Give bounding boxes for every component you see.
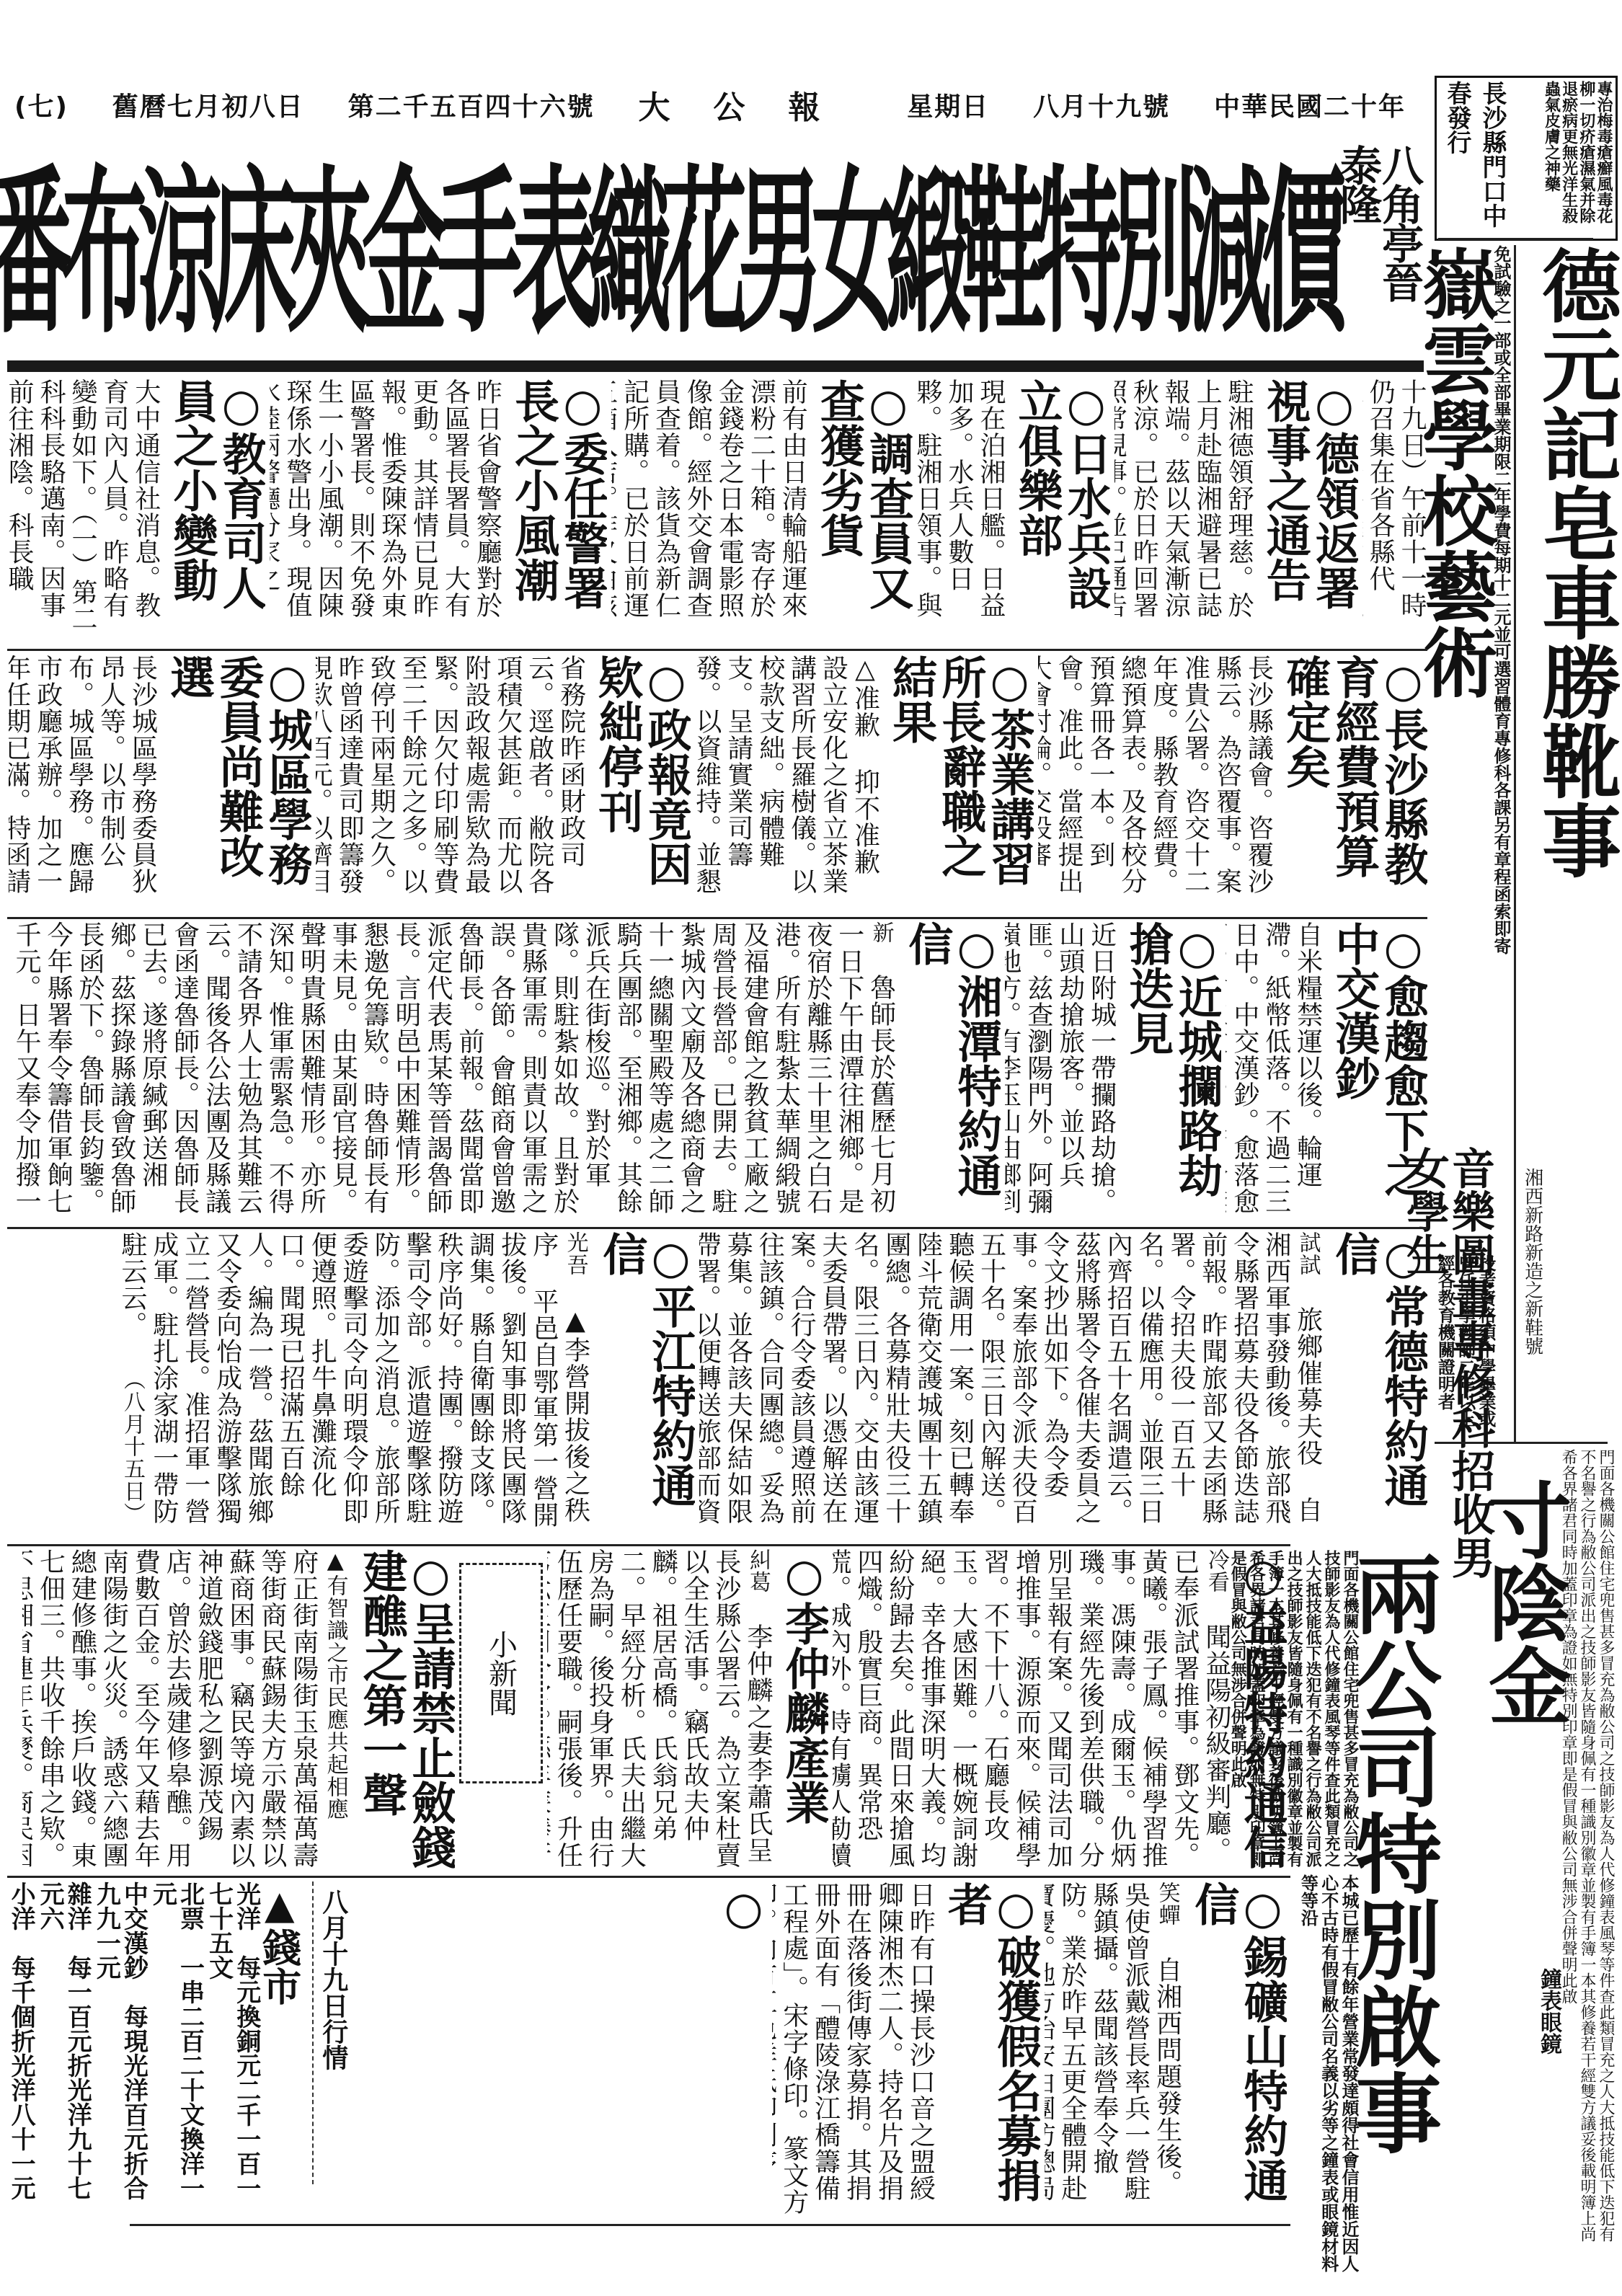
article-byline: 冷看 bbox=[1204, 1548, 1229, 1593]
article-headline: 委任警署長之小風潮 bbox=[508, 378, 606, 642]
article-body: △准歉 抑不准歉 設立安化之省立茶業講習所長羅樹儀。以校款支絀。病體難支。呈請實… bbox=[695, 655, 879, 895]
article-headline: 茶業講習所長辭職之結果 bbox=[886, 655, 1034, 910]
article-headline bbox=[719, 1881, 768, 1934]
article-yiyang: 益陽特約通信 冷看 聞益陽初級審判廳。已奉派試署推事。鄧文先。黃曦。張子鳳。候補… bbox=[833, 1548, 1287, 1869]
article-byline: 試試 bbox=[1295, 1231, 1321, 1276]
article-gazette-suspended: 政報竟因欵絀停刊 省務院昨函財政司云。逕啟者。敝院各項積欠甚鉅。而尤以附設政報處… bbox=[316, 655, 691, 910]
row-divider-4 bbox=[7, 1544, 1290, 1546]
article-body: 省務院昨函財政司云。逕啟者。敝院各項積欠甚鉅。而尤以附設政報處需欵為最緊。因欠付… bbox=[316, 655, 586, 895]
row-2: 長沙縣教育經費預算確定矣 長沙縣議會。咨覆沙縣云。為咨覆事。案准貴公署。咨交十二… bbox=[7, 655, 1427, 914]
article-source: （八月十五日） bbox=[120, 1368, 145, 1525]
article-body: ▲李營開拔後之秩序 平邑自鄂軍第一營開拔後。劉知事即將民團隊調集。縣自衛團餘支隊… bbox=[118, 1231, 590, 1528]
article-education-dept: 教育司人員之小變動 大中通信社消息。教育司內人員。昨略有變動如下。（一）第二科科… bbox=[7, 378, 265, 642]
gold-ad-body: 門面各機關公館住宅兜售甚多冒充為敝公司之技師影友為人代修鐘表風琴等件查此類冒充之… bbox=[1564, 1449, 1615, 2242]
article-fake-donation bbox=[360, 1881, 768, 2217]
banner-shop-name: 八角亭晉泰隆 bbox=[1337, 144, 1420, 332]
article-headline: 湘潭特約通信 bbox=[903, 921, 1001, 1220]
article-changde: 常德特約通信 試試 旅鄉催募夫役 自湘西軍事發動後。旅部飛令縣署招募夫役各節迭誌… bbox=[699, 1231, 1427, 1538]
article-byline: 笑蟬 bbox=[1155, 1881, 1180, 1926]
article-headline: 近城攔路劫搶迭見 bbox=[1123, 921, 1221, 1220]
notice-ad-sidebar: 門面各機關公館住宅兜售甚多冒充為敝公司之技師影友為人代修鐘表風琴等件查此類冒充之… bbox=[1290, 1550, 1359, 1867]
market-row-2: 中交漢鈔 每現光洋百元折合九九一元 bbox=[92, 1881, 147, 2213]
article-german-consul: 德領返署視事之通告 駐湘德領舒理慈。於上月赴臨湘避暑已誌報端。茲以天氣漸涼秋涼。… bbox=[1114, 378, 1358, 642]
right-divider-2 bbox=[1435, 1442, 1608, 1444]
bottom-rule bbox=[130, 2224, 1290, 2226]
article-body: 大中通信社消息。教育司內人員。昨略有變動如下。（一）第二科科長駱邁南。因事前往湘… bbox=[7, 378, 161, 632]
article-body: 聞益陽初級審判廳。已奉派試署推事。鄧文先。黃曦。張子鳳。候補學習推事。馮陳壽。成… bbox=[833, 1548, 1231, 1869]
article-body: 十九日）午前十一時仍召集在省各縣代表。開一協議會。以討論此事云。（三餘） bbox=[1362, 378, 1427, 632]
row-divider-1 bbox=[7, 649, 1427, 651]
article-byline: 光吾 bbox=[563, 1231, 588, 1276]
gold-ad-title: 寸陰金 bbox=[1481, 1478, 1564, 1982]
article-body: 自湘西問題發生後。吳使曾派戴營長率兵一營駐縣鎮攝。茲聞該營奉令撤防。業於昨早五更… bbox=[1045, 1881, 1182, 2202]
school-ad-subtitle: 免試驗之一部或全部畢業期限二年學費每期十二元並可選習體育專修科各課另有章程函索即… bbox=[1489, 245, 1514, 1146]
article-japanese-navy-club: 日水兵設立俱樂部 現在泊湘日艦。日益加多。水兵人數日夥。駐湘日領事。與各艦長。會… bbox=[917, 378, 1111, 642]
shoe-ad-title: 德元記皂車勝靴事 bbox=[1535, 245, 1615, 1326]
article-headline: 錫礦山特約通信 bbox=[1189, 1881, 1287, 2217]
school-ad-title: 嶽雲學校藝術 bbox=[1417, 245, 1492, 1132]
shoe-ad-note: 湘西新路新造之新鞋號 bbox=[1521, 1168, 1543, 1427]
row-6: 錫礦山特約通信 笑蟬 自湘西問題發生後。吳使曾派戴營長率兵一營駐縣鎮攝。茲聞該營… bbox=[7, 1881, 1287, 2220]
row-1: 十九日）午前十一時仍召集在省各縣代表。開一協議會。以討論此事云。（三餘） 德領返… bbox=[7, 378, 1427, 645]
article-headline: 長沙縣教育經費預算確定矣 bbox=[1280, 655, 1427, 910]
article-byline: 新 bbox=[869, 921, 894, 944]
article-education-budget: 長沙縣教育經費預算確定矣 長沙縣議會。咨覆沙縣云。為咨覆事。案准貴公署。咨交十二… bbox=[1038, 655, 1427, 910]
article-tea-school: 茶業講習所長辭職之結果 △准歉 抑不准歉 設立安化之省立茶業講習所長羅樹儀。以校… bbox=[695, 655, 1034, 910]
gold-ad: 寸陰金 鐘表眼鏡 門面各機關公館住宅兜售甚多冒充為敝公司之技師影友為人代修鐘表風… bbox=[1435, 1449, 1615, 2285]
article-headline: 平江特約通信 bbox=[597, 1231, 695, 1538]
article-body: 近日附城一帶攔路劫搶。山頭劫搶旅客。並以兵匪。兹查瀏陽門外。阿彌嶺地方。有李玉山… bbox=[1005, 921, 1117, 1215]
top-right-medicine-ad: 專治梅毒瘡癬風毒花柳一切疥瘡濕氣并除退瘀病更無光洋生殺蟲氣皮膚之神藥 長沙縣門口… bbox=[1435, 76, 1618, 241]
article-headline: 愈趨愈下之中交漢鈔 bbox=[1329, 921, 1427, 1220]
article-xikuangshan: 錫礦山特約通信 笑蟬 自湘西問題發生後。吳使曾派戴營長率兵一營駐縣鎮攝。茲聞該營… bbox=[1045, 1881, 1287, 2217]
medicine-ad-seller: 長沙縣門口中春發行 bbox=[1440, 81, 1510, 229]
article-headline: 破獲假名募捐者 bbox=[941, 1881, 1040, 2217]
article-byline: ▲有智識之市民應共起相應 bbox=[323, 1548, 348, 1820]
article-headline: 政報竟因欵絀停刊 bbox=[593, 655, 691, 910]
article-school-committee: 城區學務委員尚難改選 長沙城區學務委員狄昂人等。以市制公布。城區學務。應歸市政廳… bbox=[9, 655, 311, 910]
small-news-box: 小新聞 bbox=[459, 1563, 543, 1783]
article-body: 長沙城區學務委員狄昂人等。以市制公布。城區學務。應歸市政廳承辦。加之一年任期已滿… bbox=[9, 655, 157, 895]
banner-ad: 八角亭晉泰隆 洋貨鞋帽莊新到番布涼床夾金手表織花男女緞鞋特別減價 電話八百零六 bbox=[7, 130, 1420, 346]
right-divider bbox=[1438, 238, 1593, 240]
article-body: 魯師長於舊歷七月初一日下午由潭往湘鄉。是夜宿於離縣三十里之白石港。所有駐紮太華綢… bbox=[13, 921, 896, 1215]
article-headline: 調查員又查獲劣貨 bbox=[814, 378, 912, 642]
market-title: ▲錢市 bbox=[265, 1881, 308, 2217]
shoe-ad: 德元記皂車勝靴事 bbox=[1528, 245, 1615, 1326]
row-divider-3 bbox=[7, 1227, 1427, 1229]
article-pingjiang: 平江特約通信 光吾 ▲李營開拔後之秩序 平邑自鄂軍第一營開拔後。劉知事即將民團隊… bbox=[17, 1231, 695, 1538]
article-body: 李仲麟之妻李蕭氏呈長沙縣公署云。為立案杜賣以全生活事。竊氏故夫仲麟。祖居高橋。氏… bbox=[547, 1548, 773, 1869]
article-headline: 城區學務委員尚難改選 bbox=[164, 655, 311, 910]
article-provincial-council: 十九日）午前十一時仍召集在省各縣代表。開一協議會。以討論此事云。（三餘） bbox=[1362, 378, 1427, 642]
row-divider-2 bbox=[7, 917, 1427, 919]
banner-goods: 洋貨鞋帽莊新到番布涼床夾金手表織花男女緞鞋特別減價 bbox=[0, 110, 1337, 367]
right-column-divider bbox=[1514, 245, 1516, 1442]
market-row-4: 小洋 每千個折光洋八十一元 bbox=[7, 1881, 35, 2213]
article-headline: 教育司人員之小變動 bbox=[167, 378, 265, 642]
article-headline: 李仲麟產業 bbox=[779, 1548, 828, 1825]
article-headline: 常德特約通信 bbox=[1329, 1231, 1427, 1538]
article-inspector-goods: 調查員又查獲劣貨 前有由日清輪船運來漂粉二十箱。寄存於金錢卷之日本電影照像館。經… bbox=[611, 378, 913, 642]
article-body: 旅鄉催募夫役 自湘西軍事發動後。旅部飛令縣署招募夫役各節迭誌前報。昨聞旅部又去函… bbox=[699, 1231, 1323, 1525]
notice-ad-body: 本城已歷十有餘年營業常發達頗得社會信用惟近因人心不古時有假冒敝公司名義以劣等之鐘… bbox=[1290, 1874, 1359, 2278]
article-body: 前有由日清輪船運來漂粉二十箱。寄存於金錢卷之日本電影照像館。經外交會調查員查着。… bbox=[611, 378, 807, 619]
article-body: 長沙縣議會。咨覆沙縣云。為咨覆事。案准貴公署。咨交十二年度。縣教育經費。總預算表… bbox=[1038, 655, 1273, 895]
market-date-label: 八月十九日行情 bbox=[312, 1881, 355, 2184]
article-body: 現在泊湘日艦。日益加多。水兵人數日夥。駐湘日領事。與各艦長。會同商在日領署內。設… bbox=[917, 378, 1006, 619]
article-body: 日昨有口操長沙口音之盟綬卿陳湘杰二人。持名片及捐冊在落後街傳家募捐。其捐冊外面有… bbox=[772, 1881, 935, 2215]
row-3: 愈趨愈下之中交漢鈔 自米糧禁運以後。輪運滯。紙幣低落。不過二三日中。中交漢鈔。愈… bbox=[7, 921, 1427, 1224]
market-row-3: 雜洋 每一百元折光洋九十七元六 bbox=[36, 1881, 91, 2213]
article-headline: 呈請禁止斂錢建醮之第一聲 bbox=[357, 1548, 455, 1869]
article-xiangtan: 湘潭特約通信 新 魯師長於舊歷七月初一日下午由潭往湘鄉。是夜宿於離縣三十里之白石… bbox=[13, 921, 1001, 1220]
row-4: 常德特約通信 試試 旅鄉催募夫役 自湘西軍事發動後。旅部飛令縣署招募夫役各節迭誌… bbox=[7, 1231, 1427, 1541]
top-divider bbox=[7, 360, 1424, 372]
article-body: 昨日省會警察廳對於各區署長署員。大有更動。其詳情已見昨報。惟委陳琛為外東區警署長… bbox=[270, 378, 502, 619]
article-petition: 破獲假名募捐者 日昨有口操長沙口音之盟綬卿陳湘杰二人。持名片及捐冊在落後街傳家募… bbox=[772, 1881, 1040, 2217]
article-headline: 益陽特約通信 bbox=[1238, 1548, 1287, 1869]
article-road-robbery: 近城攔路劫搶迭見 近日附城一帶攔路劫搶。山頭劫搶旅客。並以兵匪。兹查瀏陽門外。阿… bbox=[1005, 921, 1221, 1220]
market-table: 光洋 每元換銅元二千一百一七十五文 北票 一串二百二十文換洋一元 中交漢鈔 每現… bbox=[7, 1881, 260, 2217]
small-news-label: 小新聞 bbox=[481, 1630, 522, 1716]
article-body: 自米糧禁運以後。輪運滯。紙幣低落。不過二三日中。中交漢鈔。愈落愈下。前三數日。已… bbox=[1226, 921, 1323, 1215]
school-ad-requirements: 投考資格須中學畢業或曾任小學教師二年以上經各教育機關證明者 bbox=[1435, 1254, 1496, 1427]
article-property: 呈請禁止斂錢建醮之第一聲 ▲有智識之市民應共起相應 府正街南陽街玉泉萬福萬壽等街… bbox=[22, 1548, 455, 1869]
market-row-1: 北票 一串二百二十文換洋一元 bbox=[149, 1881, 203, 2213]
article-currency-decline: 愈趨愈下之中交漢鈔 自米糧禁運以後。輪運滯。紙幣低落。不過二三日中。中交漢鈔。愈… bbox=[1226, 921, 1427, 1220]
article-police-chief: 委任警署長之小風潮 昨日省會警察廳對於各區署長署員。大有更動。其詳情已見昨報。惟… bbox=[270, 378, 607, 642]
row-5: 益陽特約通信 冷看 聞益陽初級審判廳。已奉派試署推事。鄧文先。黃曦。張子鳳。候補… bbox=[7, 1548, 1287, 1873]
row-divider-5 bbox=[7, 1876, 1290, 1878]
article-headline: 日水兵設立俱樂部 bbox=[1012, 378, 1110, 642]
article-headline: 德領返署視事之通告 bbox=[1260, 378, 1358, 642]
medicine-ad-text: 專治梅毒瘡癬風毒花柳一切疥瘡濕氣并除退瘀病更無光洋生殺蟲氣皮膚之神藥 bbox=[1513, 81, 1613, 229]
notice-ad-title: 兩公司特別啟事 bbox=[1348, 1550, 1435, 2285]
notice-ad: 兩公司特別啟事 bbox=[1355, 1550, 1435, 2285]
article-body: 駐湘德領舒理慈。於上月赴臨湘避暑已誌報端。茲以天氣漸涼秋涼。已於日昨回署照常視事… bbox=[1114, 378, 1254, 619]
article-body: 府正街南陽街玉泉萬福萬壽等街商民蘇錫夫方示嚴禁以蘇商困事。竊民等境內素以神道斂錢… bbox=[22, 1548, 319, 1869]
article-byline: 糾葛 bbox=[745, 1548, 771, 1593]
article-judicial: 李仲麟產業 糾葛 李仲麟之妻李蕭氏呈長沙縣公署云。為立案杜賣以全生活事。竊氏故夫… bbox=[547, 1548, 828, 1869]
